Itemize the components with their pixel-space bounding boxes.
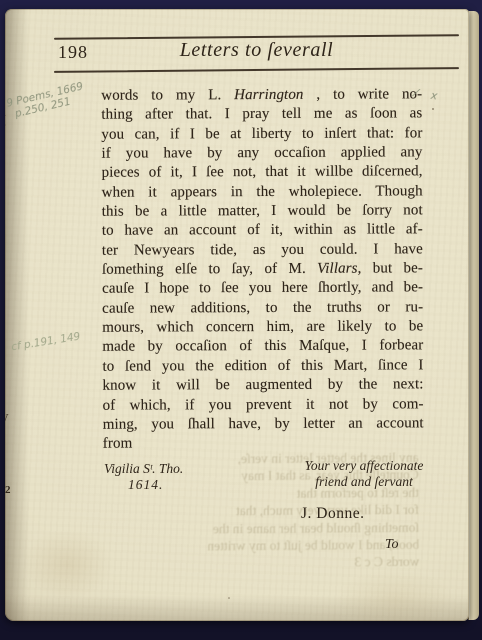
bottom-shadow xyxy=(5,595,469,621)
ink-speck xyxy=(228,597,230,599)
pencil-note-top-left: 9 Poems, 1669 p.250, 251 xyxy=(5,80,87,121)
valediction-line1: Your very affectionate xyxy=(293,458,435,474)
text-line: cauſe new additions, to the truths or ru… xyxy=(102,298,423,319)
text-line: pieces of it, I ſee not, that it willbe … xyxy=(102,163,423,184)
text-line: when it appears in the wholepiece. Thoug… xyxy=(102,182,423,203)
body-text: words to my L. Harrington , to write no-… xyxy=(101,85,424,454)
text-line: ſomething elſe to ſay, of M. Villars, bu… xyxy=(102,259,423,280)
edge-ink-mark-top: ( xyxy=(5,112,6,127)
show-through-line: book, and I would be juſt to my written xyxy=(93,536,419,556)
edge-ink-mark-bottom: 2 xyxy=(5,484,11,496)
text-line: of which, if you prevent it not by com- xyxy=(103,395,424,416)
text-line: this be a little matter, I would be ſorr… xyxy=(102,201,423,222)
text-line: mours, which concern him, are likely to … xyxy=(102,317,423,338)
text-line: if you have by any occaſion applied any xyxy=(101,143,422,164)
running-title: Letters to ſeverall xyxy=(54,39,459,62)
text-line: to ſend you the edition of this Mart, ſi… xyxy=(102,356,423,377)
paper-stain xyxy=(335,569,455,621)
show-through-line: ſomething ſhould bear her name in the xyxy=(93,518,419,538)
text-line: made by occaſion of this Maſque, I forbe… xyxy=(102,337,423,358)
signature: J. Donne. xyxy=(301,505,364,523)
text-line: words to my L. Harrington , to write no- xyxy=(101,85,422,106)
text-line: ming, you ſhall have, by letter an accou… xyxy=(103,414,424,435)
book-photo: 198 Letters to ſeverall words to my L. H… xyxy=(0,0,482,640)
book-page: 198 Letters to ſeverall words to my L. H… xyxy=(5,9,469,621)
valediction-line2: friend and ſervant xyxy=(293,474,435,490)
show-through-line: for I did like very very much, that xyxy=(93,501,419,521)
edge-ink-mark-middle: y xyxy=(5,411,9,424)
dateline-place: Vigilia Sᵗ. Tho. xyxy=(104,461,183,477)
valediction: Your very affectionate friend and ſervan… xyxy=(293,458,435,489)
page-fore-edge xyxy=(468,11,479,620)
text-line: know it will be augmented by the next: xyxy=(102,375,423,396)
header-rule-bottom xyxy=(54,67,459,73)
text-line: ter Newyears tide, as you could. I have xyxy=(102,240,423,261)
catchword: To xyxy=(385,537,399,553)
pencil-note-mid-left: cf p.191, 149 xyxy=(10,331,81,354)
dateline: Vigilia Sᵗ. Tho. 1614. xyxy=(104,461,183,493)
dateline-year: 1614. xyxy=(128,477,183,493)
text-line: thing after that. I pray tell me as ſoon… xyxy=(101,105,422,126)
text-line: you can, if I be at liberty to inſert th… xyxy=(101,124,422,145)
text-line: to have an account of it, within as litt… xyxy=(102,221,423,242)
show-through-line: words C c 3 xyxy=(93,553,419,573)
text-line: cauſe I hope to ſee you here ſhortly, an… xyxy=(102,279,423,300)
ink-speck xyxy=(432,108,434,110)
